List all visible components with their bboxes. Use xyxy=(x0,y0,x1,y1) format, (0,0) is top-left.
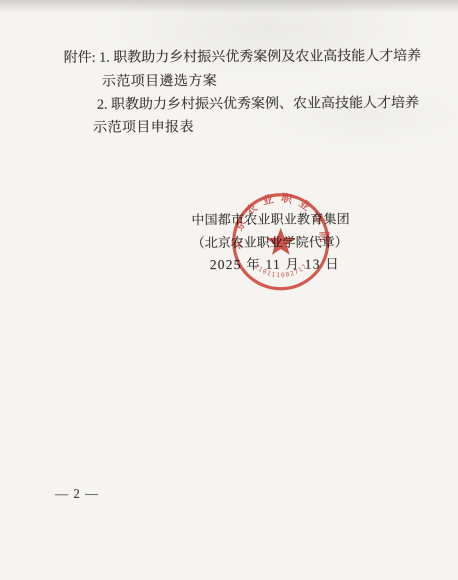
seal-star-icon xyxy=(266,228,295,255)
seal-serial-number: 110111002717 xyxy=(253,263,310,280)
attachment-line: 示范项目遴选方案 xyxy=(102,75,217,90)
official-seal: 北京农业职业学院 110111002717 xyxy=(225,186,336,297)
document-page: 附件: 1. 职教助力乡村振兴优秀案例及农业高技能人才培养 示范项目遴选方案 2… xyxy=(0,0,458,580)
page-number: — 2 — xyxy=(55,487,99,500)
scanned-content: 附件: 1. 职教助力乡村振兴优秀案例及农业高技能人才培养 示范项目遴选方案 2… xyxy=(0,0,458,580)
attachment-heading-line: 附件: 1. 职教助力乡村振兴优秀案例及农业高技能人才培养 xyxy=(64,50,421,66)
attachment-line: 示范项目申报表 xyxy=(93,121,194,136)
attachment-line: 2. 职教助力乡村振兴优秀案例、农业高技能人才培养 xyxy=(97,97,419,113)
